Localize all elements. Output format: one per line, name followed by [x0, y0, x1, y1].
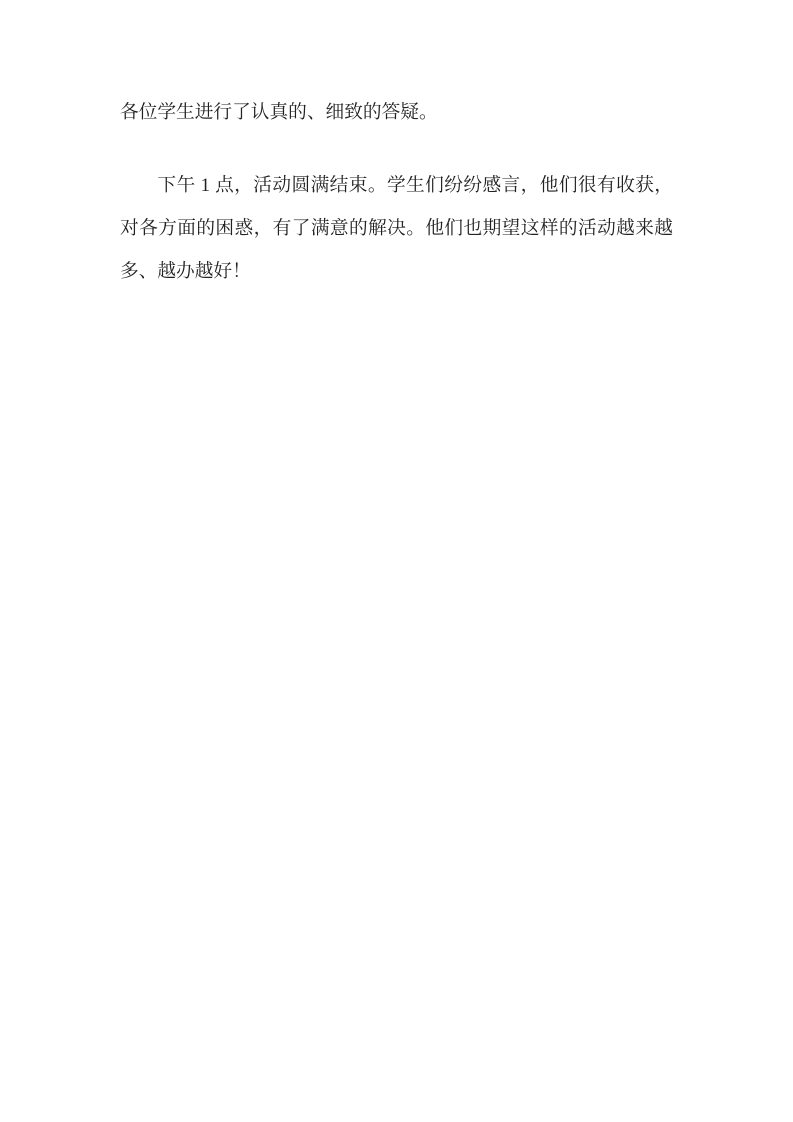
document-content: 各位学生进行了认真的、细致的答疑。 下午 1 点，活动圆满结束。学生们纷纷感言，…	[120, 91, 673, 293]
document-page: 各位学生进行了认真的、细致的答疑。 下午 1 点，活动圆满结束。学生们纷纷感言，…	[0, 0, 793, 1122]
paragraph-continuation: 各位学生进行了认真的、细致的答疑。	[120, 91, 673, 134]
paragraph-closing: 下午 1 点，活动圆满结束。学生们纷纷感言，他们很有收获，对各方面的困惑，有了满…	[120, 164, 673, 293]
